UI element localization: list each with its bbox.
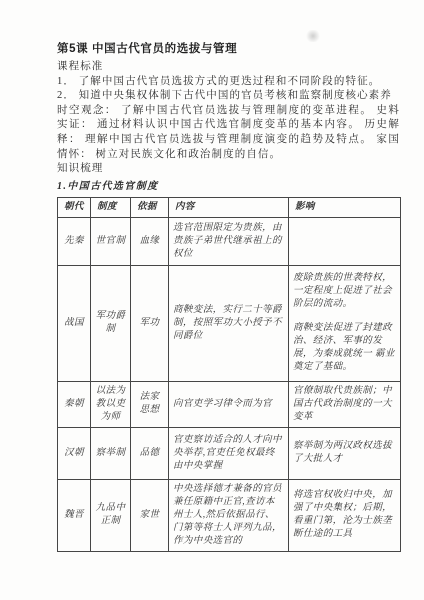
content-cell: 商鞅变法，实行二十等爵制，按照军功大小授予不同爵位 [169, 265, 289, 381]
influence-cell: 废除贵族的世袭特权，一定程度上促进了社会阶层的流动。 商鞅变法促进了封建政治、经… [289, 265, 401, 381]
basis-cell: 法家思想 [131, 381, 169, 427]
basis-cell: 军功 [131, 265, 169, 381]
content-cell: 向官吏学习律令而为官 [169, 381, 289, 427]
table-row-qinchao: 秦朝 以法为教以吏为师 法家思想 向官吏学习律令而为官 官僚制取代贵族制；中国古… [58, 381, 401, 427]
content-cell: 中央选择德才兼备的官员兼任原籍中正官,查访本州士人,然后依据品行、门第等将士人评… [169, 479, 289, 551]
dynasty-cell: 战国 [58, 265, 91, 381]
col-header-system: 制度 [91, 197, 131, 217]
col-header-basis: 依据 [131, 197, 169, 217]
core-competency-paragraph: 时空观念： 了解中国古代官员选拔与管理制度的变革进程。 史料实证： 通过材料认识… [57, 104, 400, 162]
scan-smudge-artifact [306, 30, 320, 42]
document-page: 第5课 中国古代官员的选拔与管理 课程标准 1． 了解中国古代官员选拔方式的更迭… [0, 0, 424, 600]
selection-system-table: 朝代 制度 依据 内容 影响 先秦 世官制 血缘 选官范围限定为贵族，由贵族子弟… [57, 197, 401, 552]
dynasty-cell: 秦朝 [58, 381, 91, 427]
table-row-xianqin: 先秦 世官制 血缘 选官范围限定为贵族，由贵族子弟世代继承祖上的权位 [58, 217, 401, 265]
basis-cell: 品德 [131, 427, 169, 479]
page-title: 第5课 中国古代官员的选拔与管理 [57, 42, 400, 57]
standard-item-2: 2． 知道中央集权体制下古代中国的官员考核和监察制度核心素养 [57, 89, 400, 104]
content-cell: 官吏察访适合的人才向中央举荐,官吏任免权最终由中央掌握 [169, 427, 289, 479]
dynasty-cell: 汉朝 [58, 427, 91, 479]
basis-cell: 家世 [131, 479, 169, 551]
table-row-hanchao: 汉朝 察举制 品德 官吏察访适合的人才向中央举荐,官吏任免权最终由中央掌握 察举… [58, 427, 401, 479]
knowledge-outline-heading: 知识梳理 [57, 162, 400, 177]
page-content: 第5课 中国古代官员的选拔与管理 课程标准 1． 了解中国古代官员选拔方式的更迭… [57, 42, 400, 552]
table-caption: 1.中国古代选官制度 [57, 180, 400, 193]
col-header-influence: 影响 [289, 197, 401, 217]
curriculum-standard-heading: 课程标准 [57, 60, 400, 75]
standard-item-1: 1． 了解中国古代官员选拔方式的更迭过程和不同阶段的特征。 [57, 75, 400, 90]
dynasty-cell: 魏晋 [58, 479, 91, 551]
system-cell: 以法为教以吏为师 [91, 381, 131, 427]
system-cell: 察举制 [91, 427, 131, 479]
table-row-zhanguo: 战国 军功爵制 军功 商鞅变法，实行二十等爵制，按照军功大小授予不同爵位 废除贵… [58, 265, 401, 381]
influence-paragraph-2: 商鞅变法促进了封建政治、经济、军事的发展，为秦成就统一 霸业奠定了基础。 [293, 322, 396, 374]
col-header-content: 内容 [169, 197, 289, 217]
influence-cell: 察举制为两汉政权选拔了大批人才 [289, 427, 401, 479]
system-cell: 军功爵制 [91, 265, 131, 381]
basis-cell: 血缘 [131, 217, 169, 265]
col-header-dynasty: 朝代 [58, 197, 91, 217]
system-cell: 世官制 [91, 217, 131, 265]
table-header-row: 朝代 制度 依据 内容 影响 [58, 197, 401, 217]
table-row-weijin: 魏晋 九品中正制 家世 中央选择德才兼备的官员兼任原籍中正官,查访本州士人,然后… [58, 479, 401, 551]
content-cell: 选官范围限定为贵族，由贵族子弟世代继承祖上的权位 [169, 217, 289, 265]
influence-paragraph-1: 废除贵族的世袭特权，一定程度上促进了社会阶层的流动。 [293, 272, 396, 311]
influence-cell [289, 217, 401, 265]
influence-cell: 官僚制取代贵族制；中国古代政治制度的一大变革 [289, 381, 401, 427]
system-cell: 九品中正制 [91, 479, 131, 551]
influence-cell: 将选官权收归中央，加强了中央集权；后期，看重门第，沦为士族垄断仕途的工具 [289, 479, 401, 551]
dynasty-cell: 先秦 [58, 217, 91, 265]
